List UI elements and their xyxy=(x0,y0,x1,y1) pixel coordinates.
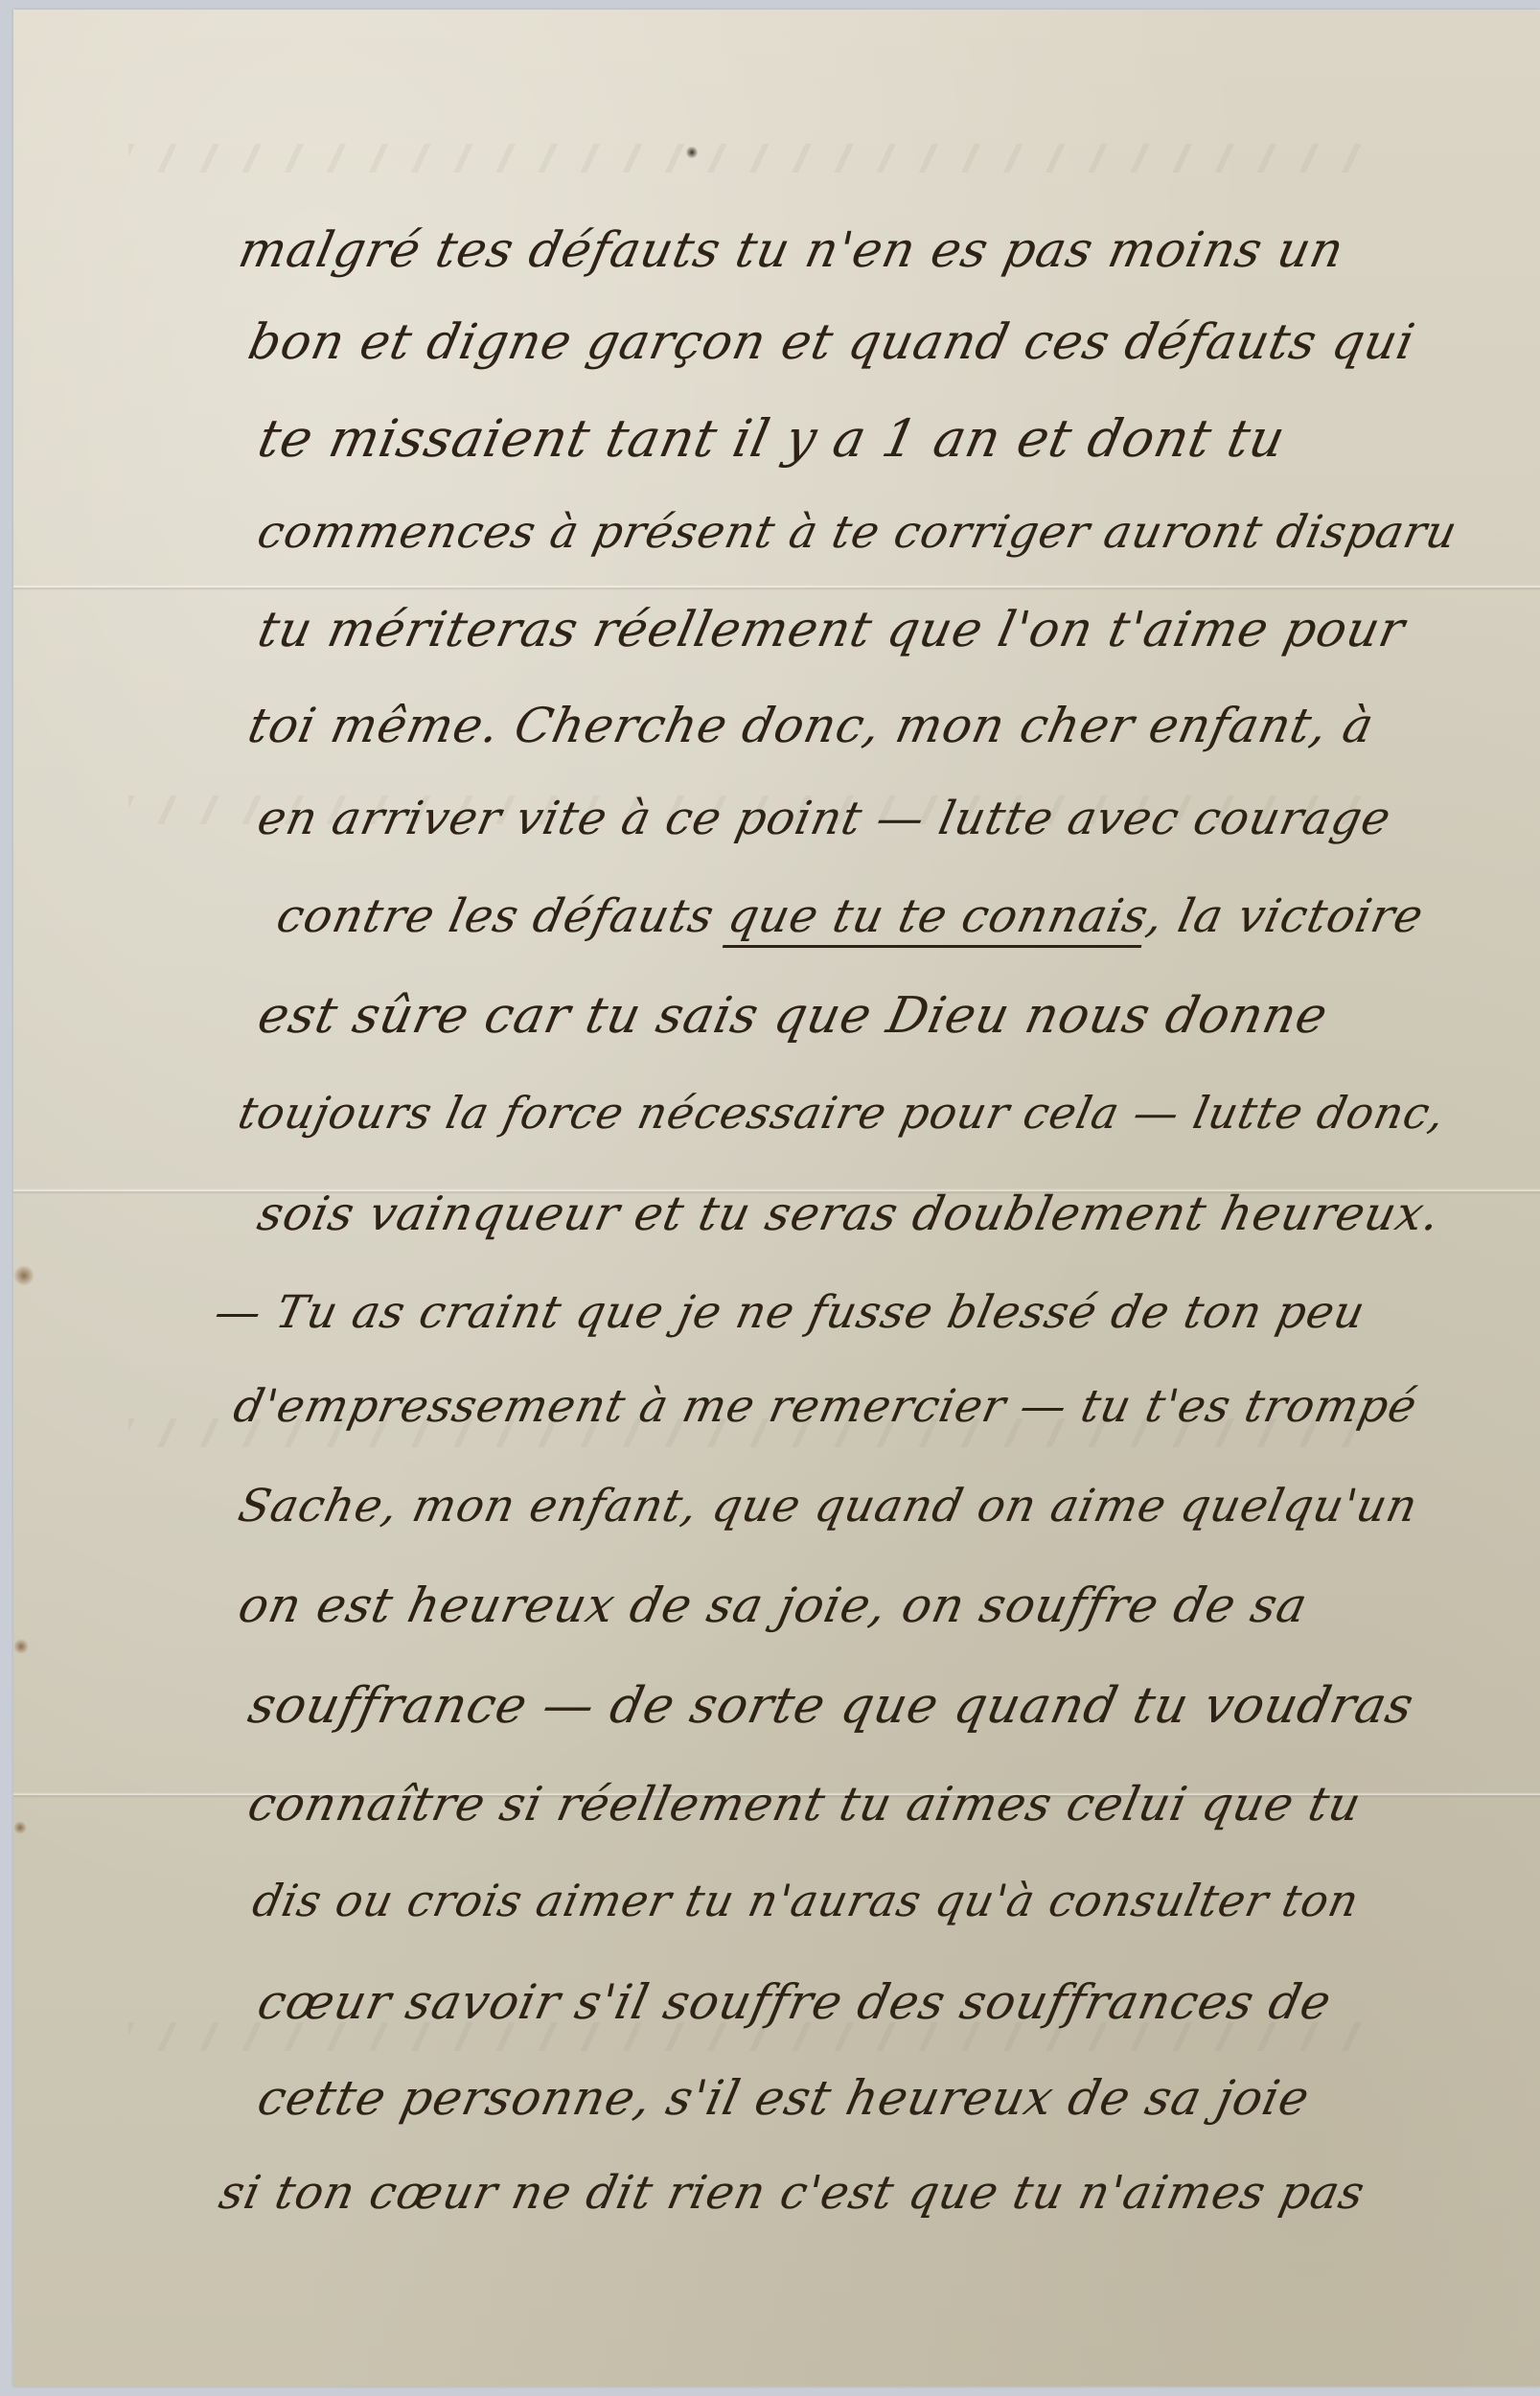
text-segment: , la victoire xyxy=(1142,889,1429,943)
text-line: contre les défauts que tu te connais, la… xyxy=(272,889,1429,943)
text-line: commences à présent à te corriger auront… xyxy=(253,506,1462,559)
text-line: sois vainqueur et tu seras doublement he… xyxy=(253,1186,1445,1241)
text-segment: contre les défauts xyxy=(272,889,735,943)
text-line: dis ou crois aimer tu n'auras qu'à consu… xyxy=(248,1875,1364,1926)
text-line: cette personne, s'il est heureux de sa j… xyxy=(253,2070,1315,2126)
text-line: — Tu as craint que je ne fusse blessé de… xyxy=(210,1286,1370,1339)
text-line: toujours la force nécessaire pour cela —… xyxy=(234,1087,1450,1139)
letter-paper: malgré tes défauts tu n'en es pas moins … xyxy=(13,10,1540,2386)
text-line: malgré tes défauts tu n'en es pas moins … xyxy=(234,222,1349,279)
letter-body: malgré tes défauts tu n'en es pas moins … xyxy=(13,10,1540,2386)
text-line: cœur savoir s'il souffre des souffrances… xyxy=(253,1974,1337,2030)
text-line: connaître si réellement tu aimes celui q… xyxy=(243,1777,1367,1832)
text-line: est sûre car tu sais que Dieu nous donne xyxy=(253,987,1333,1045)
text-line: toi même. Cherche donc, mon cher enfant,… xyxy=(243,698,1379,753)
text-line: souffrance — de sorte que quand tu voudr… xyxy=(243,1677,1419,1735)
text-line: si ton cœur ne dit rien c'est que tu n'a… xyxy=(215,2166,1369,2220)
underlined-phrase: que tu te connais xyxy=(724,889,1154,943)
text-line: d'empressement à me remercier — tu t'es … xyxy=(229,1380,1422,1433)
text-line: te missaient tant il y a 1 an et dont tu xyxy=(253,408,1291,469)
text-line: tu mériteras réellement que l'on t'aime … xyxy=(253,602,1410,658)
text-line: on est heureux de sa joie, on souffre de… xyxy=(234,1578,1313,1633)
text-line: Sache, mon enfant, que quand on aime que… xyxy=(234,1480,1423,1532)
text-line: bon et digne garçon et quand ces défauts… xyxy=(243,314,1420,371)
text-line: en arriver vite à ce point — lutte avec … xyxy=(253,792,1396,845)
